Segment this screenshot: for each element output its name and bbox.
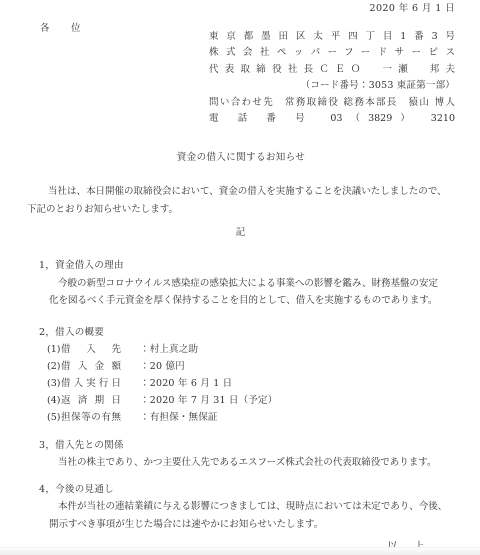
sender-phone: 電 話 番 号 03（3829） 3210 [209, 111, 455, 127]
section-lender-relationship: 3，借入先との関係 当社の株主であり、かつ主要仕入先であるエスフーズ株式会社の代… [27, 437, 455, 472]
section-heading: 3，借入先との関係 [39, 437, 455, 454]
item-number: (2) [47, 358, 61, 375]
item-value: ：2020 年 6 月 1 日 [140, 375, 232, 392]
intro-line: 当社は、本日開催の取締役会において、資金の借入を実施することを決議いたしましたの… [27, 183, 455, 201]
sender-representative: 代表取締役社長ＣＥＯ 一瀬 邦夫 [209, 62, 455, 78]
sender-block: 東京都墨田区太平四丁目1番3号 株式会社ペッパーフードサービス 代表取締役社長Ｃ… [209, 29, 455, 127]
list-item-amount: (2) 借入金額 ：20 億円 [47, 358, 455, 375]
section-heading: 2，借入の概要 [39, 324, 455, 341]
item-number: (3) [47, 375, 61, 392]
list-item-execution-date: (3) 借入実行日 ：2020 年 6 月 1 日 [47, 375, 455, 392]
section-body: 当社の株主であり、かつ主要仕入先であるエスフーズ株式会社の代表取締役であります。 [49, 454, 455, 471]
item-value: ：2020 年 7 月 31 日（予定） [140, 392, 277, 409]
section-borrowing-reason: 1，資金借入の理由 今般の新型コロナウイルス感染症の感染拡大による事業への影響を… [27, 257, 455, 309]
item-label: 返済期日 [61, 392, 121, 409]
record-marker: 記 [27, 224, 455, 242]
body-line: 化を図るべく手元資金を厚く保持することを目的として、借入を実施するものであります… [49, 292, 455, 309]
recipient-label: 各 位 [40, 20, 87, 34]
item-value: ：村上真之助 [140, 341, 198, 358]
borrowing-detail-list: (1) 借入先 ：村上真之助 (2) 借入金額 ：20 億円 (3) 借入実行日… [27, 341, 455, 426]
document-title: 資金の借入に関するお知らせ [27, 151, 455, 164]
intro-paragraph: 当社は、本日開催の取締役会において、資金の借入を実施することを決議いたしましたの… [27, 183, 455, 219]
intro-line: 下記のとおりお知らせいたします。 [27, 201, 455, 219]
list-item-repayment-date: (4) 返済期日 ：2020 年 7 月 31 日（予定） [47, 392, 455, 409]
section-body: 今般の新型コロナウイルス感染症の感染拡大による事業への影響を鑑み、財務基盤の安定… [49, 275, 455, 310]
item-value: ：有担保・無保証 [140, 409, 218, 426]
section-heading: 1，資金借入の理由 [39, 257, 455, 274]
item-label: 担保等の有無 [61, 409, 121, 426]
item-value: ：20 億円 [140, 358, 185, 375]
page-bottom-edge [0, 547, 480, 555]
list-item-lender: (1) 借入先 ：村上真之助 [47, 341, 455, 358]
sender-contact: 問い合わせ先 常務取締役 総務本部長 猿山 博人 [209, 95, 455, 111]
sender-company-name: 株式会社ペッパーフードサービス [209, 45, 455, 61]
item-number: (5) [47, 409, 61, 426]
item-label: 借入実行日 [61, 375, 121, 392]
section-heading: 4，今後の見通し [39, 481, 455, 498]
body-line: 開示すべき事項が生じた場合には速やかにお知らせいたします。 [49, 516, 455, 533]
document-date: 2020 年 6 月 1 日 [27, 3, 455, 15]
body-line: 当社の株主であり、かつ主要仕入先であるエスフーズ株式会社の代表取締役であります。 [49, 454, 455, 471]
list-item-collateral: (5) 担保等の有無 ：有担保・無保証 [47, 409, 455, 426]
body-line: 今般の新型コロナウイルス感染症の感染拡大による事業への影響を鑑み、財務基盤の安定 [49, 275, 455, 292]
section-borrowing-summary: 2，借入の概要 (1) 借入先 ：村上真之助 (2) 借入金額 ：20 億円 (… [27, 324, 455, 426]
section-future-outlook: 4，今後の見通し 本件が当社の連結業績に与える影響につきましては、現時点において… [27, 481, 455, 533]
item-label: 借入金額 [61, 358, 121, 375]
section-body: 本件が当社の連結業績に与える影響につきましては、現時点においては未定であり、今後… [49, 498, 455, 533]
item-number: (1) [47, 341, 61, 358]
sender-address: 東京都墨田区太平四丁目1番3号 [209, 29, 455, 45]
sender-listing-code: （コード番号：3053 東証第一部） [209, 78, 455, 94]
body-line: 本件が当社の連結業績に与える影響につきましては、現時点においては未定であり、今後… [49, 498, 455, 515]
press-release-page: 2020 年 6 月 1 日 各 位 東京都墨田区太平四丁目1番3号 株式会社ペ… [0, 0, 480, 555]
item-number: (4) [47, 392, 61, 409]
item-label: 借入先 [61, 341, 121, 358]
